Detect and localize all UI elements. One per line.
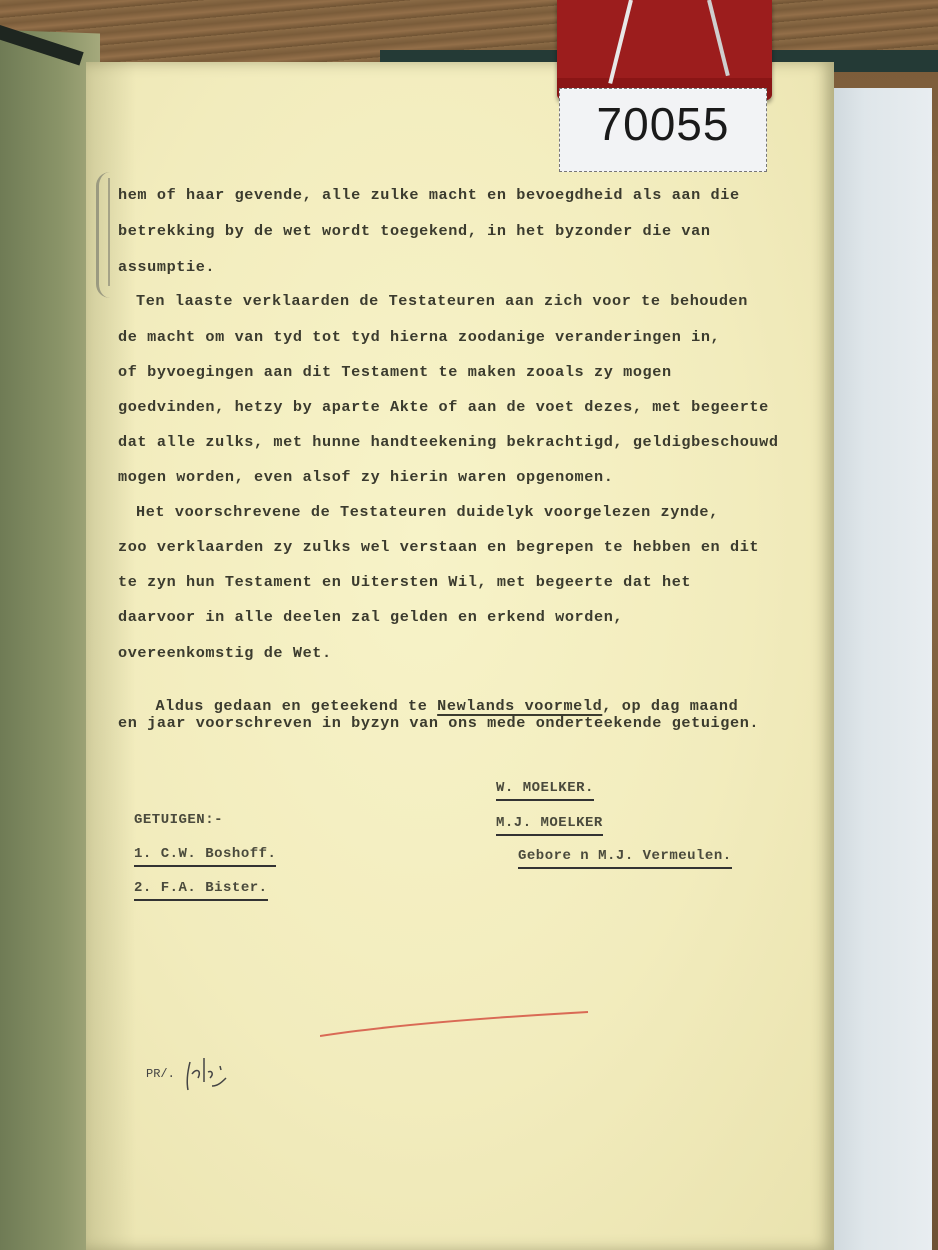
closing-line: en jaar voorschreven in byzyn van ons me…	[118, 714, 759, 732]
body-line: Het voorschrevene de Testateuren duidely…	[136, 503, 719, 521]
margin-bracket-mark	[96, 172, 113, 298]
red-pencil-line	[320, 1010, 590, 1040]
testator-2-maiden-name: Gebore n M.J. Vermeulen.	[518, 848, 732, 869]
witness-1: 1. C.W. Boshoff.	[134, 846, 276, 867]
archive-number: 70055	[560, 97, 766, 151]
body-line: betrekking by de wet wordt toegekend, in…	[118, 222, 711, 240]
initials-annotation: PR/.	[146, 1052, 230, 1096]
body-line: goedvinden, hetzy by aparte Akte of aan …	[118, 398, 769, 416]
left-facing-page	[0, 30, 100, 1250]
testator-1: W. MOELKER.	[496, 780, 594, 801]
testator-2: M.J. MOELKER	[496, 815, 603, 836]
margin-bracket-mark	[108, 178, 110, 286]
body-line: overeenkomstig de Wet.	[118, 644, 332, 662]
archive-number-label: 70055	[559, 88, 767, 172]
body-line: daarvoor in alle deelen zal gelden en er…	[118, 608, 623, 626]
body-line: assumptie.	[118, 258, 215, 276]
body-line: de macht om van tyd tot tyd hierna zooda…	[118, 328, 720, 346]
closing-text-end: , op dag maand	[602, 697, 738, 715]
place-underlined: Newlands voormeld	[437, 697, 602, 715]
body-line: of byvoegingen aan dit Testament te make…	[118, 363, 672, 381]
closing-text-start: Aldus gedaan en geteekend te	[155, 697, 437, 715]
initials-prefix: PR/.	[146, 1067, 175, 1081]
body-line: hem of haar gevende, alle zulke macht en…	[118, 186, 740, 204]
body-line: te zyn hun Testament en Uitersten Wil, m…	[118, 573, 691, 591]
body-line: zoo verklaarden zy zulks wel verstaan en…	[118, 538, 759, 556]
red-binder-clip	[557, 0, 772, 100]
underlying-white-sheet	[820, 88, 932, 1250]
body-line: mogen worden, even alsof zy hierin waren…	[118, 468, 613, 486]
witnesses-heading: GETUIGEN:-	[134, 812, 223, 828]
body-line: Ten laaste verklaarden de Testateuren aa…	[136, 292, 748, 310]
body-line: dat alle zulks, met hunne handteekening …	[118, 433, 779, 451]
witness-2: 2. F.A. Bister.	[134, 880, 268, 901]
clip-body	[557, 0, 772, 100]
handwritten-initials-icon	[182, 1052, 230, 1096]
closing-line: Aldus gedaan en geteekend te Newlands vo…	[136, 679, 738, 715]
